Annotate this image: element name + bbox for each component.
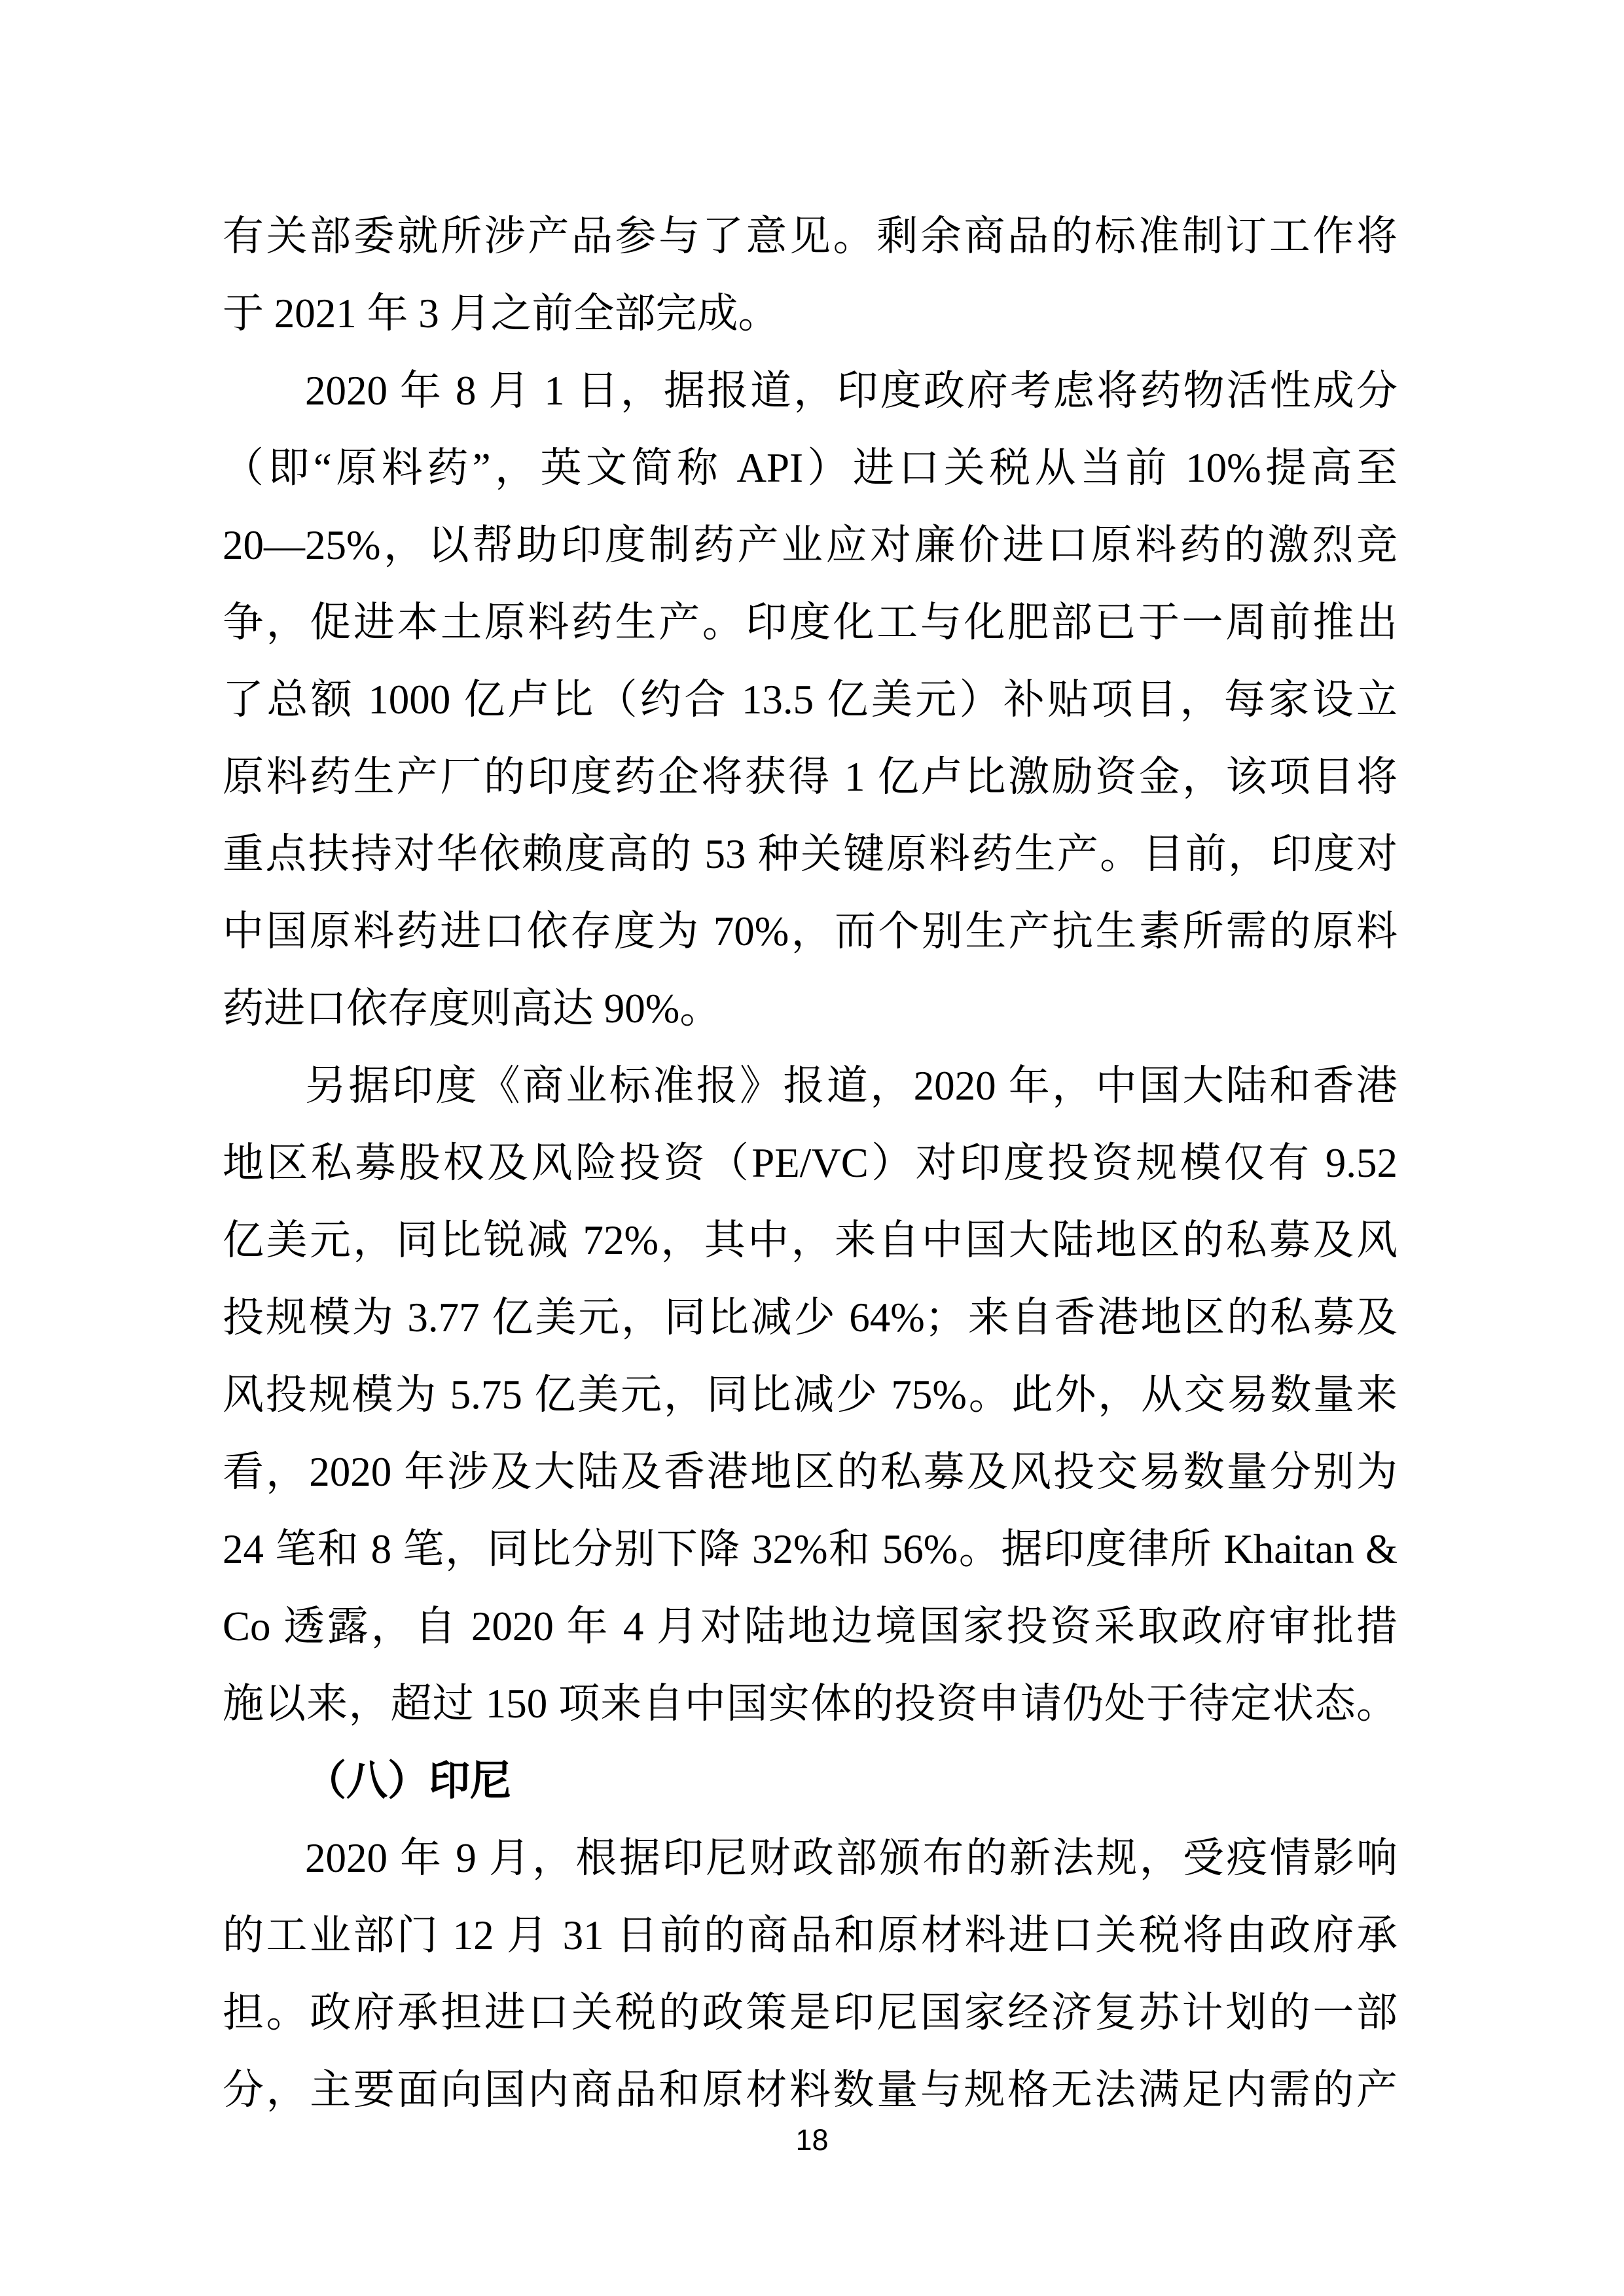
text-line: 药进口依存度则高达 90%。	[223, 970, 1398, 1047]
text-line: 投规模为 3.77 亿美元，同比减少 64%；来自香港地区的私募及	[223, 1279, 1398, 1356]
text-line: 看，2020 年涉及大陆及香港地区的私募及风投交易数量分别为	[223, 1433, 1398, 1511]
text-line: 20—25%，以帮助印度制药产业应对廉价进口原料药的激烈竞	[223, 507, 1398, 584]
text-block: 有关部委就所涉产品参与了意见。剩余商品的标准制订工作将 于 2021 年 3 月…	[223, 198, 1398, 2128]
text-line: 施以来，超过 150 项来自中国实体的投资申请仍处于待定状态。	[223, 1665, 1398, 1742]
section-heading: （八）印尼	[223, 1742, 1398, 1820]
text-line: 有关部委就所涉产品参与了意见。剩余商品的标准制订工作将	[223, 198, 1398, 275]
text-line: 的工业部门 12 月 31 日前的商品和原材料进口关税将由政府承	[223, 1897, 1398, 1974]
text-line: （即“原料药”，英文简称 API）进口关税从当前 10%提高至	[223, 429, 1398, 507]
text-line: 风投规模为 5.75 亿美元，同比减少 75%。此外，从交易数量来	[223, 1356, 1398, 1433]
text-line: Co 透露，自 2020 年 4 月对陆地边境国家投资采取政府审批措	[223, 1588, 1398, 1665]
text-line: 地区私募股权及风险投资（PE/VC）对印度投资规模仅有 9.52	[223, 1124, 1398, 1202]
text-line: 了总额 1000 亿卢比（约合 13.5 亿美元）补贴项目，每家设立	[223, 661, 1398, 738]
page-number: 18	[0, 2122, 1624, 2159]
text-line: 于 2021 年 3 月之前全部完成。	[223, 275, 1398, 352]
text-line: 重点扶持对华依赖度高的 53 种关键原料药生产。目前，印度对	[223, 816, 1398, 893]
text-line: 24 笔和 8 笔，同比分别下降 32%和 56%。据印度律所 Khaitan …	[223, 1511, 1398, 1588]
text-line: 担。政府承担进口关税的政策是印尼国家经济复苏计划的一部	[223, 1974, 1398, 2051]
text-line: 原料药生产厂的印度药企将获得 1 亿卢比激励资金，该项目将	[223, 738, 1398, 816]
text-line: 争，促进本土原料药生产。印度化工与化肥部已于一周前推出	[223, 584, 1398, 661]
text-line: 亿美元，同比锐减 72%，其中，来自中国大陆地区的私募及风	[223, 1202, 1398, 1279]
text-line: 分，主要面向国内商品和原材料数量与规格无法满足内需的产	[223, 2051, 1398, 2128]
text-line: 另据印度《商业标准报》报道，2020 年，中国大陆和香港	[223, 1047, 1398, 1124]
text-line: 2020 年 8 月 1 日，据报道，印度政府考虑将药物活性成分	[223, 352, 1398, 429]
text-line: 中国原料药进口依存度为 70%，而个别生产抗生素所需的原料	[223, 893, 1398, 970]
document-page: 有关部委就所涉产品参与了意见。剩余商品的标准制订工作将 于 2021 年 3 月…	[0, 0, 1624, 2296]
text-line: 2020 年 9 月，根据印尼财政部颁布的新法规，受疫情影响	[223, 1820, 1398, 1897]
